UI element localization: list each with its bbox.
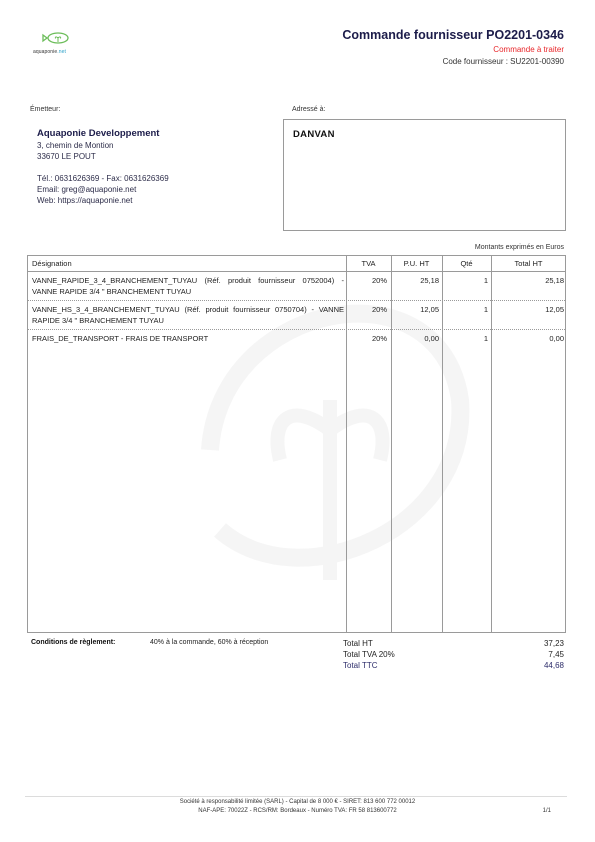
footer-legal-line-2: NAF-APE: 70022Z - RCS/RM: Bordeaux - Num… xyxy=(0,808,595,814)
total-ht-label: Total HT xyxy=(343,639,373,648)
row-quantity: 1 xyxy=(442,305,488,316)
table-row: FRAIS_DE_TRANSPORT - FRAIS DE TRANSPORT … xyxy=(28,330,565,348)
total-ttc-label: Total TTC xyxy=(343,661,378,670)
footer-divider xyxy=(25,796,567,797)
row-designation: FRAIS_DE_TRANSPORT - FRAIS DE TRANSPORT xyxy=(32,334,344,345)
logo-text: aquaponie.net xyxy=(33,49,66,55)
recipient-label: Adressé à: xyxy=(292,106,325,113)
payment-conditions-label: Conditions de règlement: xyxy=(31,639,115,646)
sender-block: Aquaponie Developpement 3, chemin de Mon… xyxy=(37,128,277,206)
total-ht-value: 37,23 xyxy=(544,639,564,648)
total-tva-value: 7,45 xyxy=(548,650,564,659)
recipient-name: DANVAN xyxy=(293,129,335,140)
row-tva: 20% xyxy=(346,276,387,287)
header-unit-price: P.U. HT xyxy=(391,259,442,268)
row-unit-price: 0,00 xyxy=(391,334,439,345)
header-total-ht: Total HT xyxy=(491,259,566,268)
row-total-ht: 0,00 xyxy=(491,334,564,345)
header-quantity: Qté xyxy=(442,259,491,268)
sender-address-line: 33670 LE POUT xyxy=(37,151,277,162)
document-title: Commande fournisseur PO2201-0346 xyxy=(342,28,564,42)
sender-web: Web: https://aquaponie.net xyxy=(37,195,277,206)
row-tva: 20% xyxy=(346,334,387,345)
sender-address-line: 3, chemin de Montion xyxy=(37,140,277,151)
payment-conditions-value: 40% à la commande, 60% à réception xyxy=(150,639,268,646)
row-total-ht: 25,18 xyxy=(491,276,564,287)
row-quantity: 1 xyxy=(442,334,488,345)
footer-legal-line-1: Société à responsabilité limitée (SARL) … xyxy=(0,799,595,805)
order-lines-table: Désignation TVA P.U. HT Qté Total HT VAN… xyxy=(27,255,566,633)
row-tva: 20% xyxy=(346,305,387,316)
total-ttc-value: 44,68 xyxy=(544,661,564,670)
sender-name: Aquaponie Developpement xyxy=(37,128,277,139)
table-header: Désignation TVA P.U. HT Qté Total HT xyxy=(28,256,565,272)
table-row: VANNE_RAPIDE_3_4_BRANCHEMENT_TUYAU (Réf.… xyxy=(28,272,565,301)
order-status: Commande à traiter xyxy=(493,45,564,54)
header-tva: TVA xyxy=(346,259,391,268)
row-total-ht: 12,05 xyxy=(491,305,564,316)
currency-note: Montants exprimés en Euros xyxy=(475,244,564,251)
row-quantity: 1 xyxy=(442,276,488,287)
sender-label: Émetteur: xyxy=(30,106,60,113)
row-designation: VANNE_RAPIDE_3_4_BRANCHEMENT_TUYAU (Réf.… xyxy=(32,276,344,297)
table-row: VANNE_HS_3_4_BRANCHEMENT_TUYAU (Réf. pro… xyxy=(28,301,565,330)
recipient-block: DANVAN xyxy=(283,119,566,231)
page-number: 1/1 xyxy=(543,808,551,814)
row-unit-price: 12,05 xyxy=(391,305,439,316)
total-tva-label: Total TVA 20% xyxy=(343,650,395,659)
sender-email: Email: greg@aquaponie.net xyxy=(37,184,277,195)
row-designation: VANNE_HS_3_4_BRANCHEMENT_TUYAU (Réf. pro… xyxy=(32,305,344,326)
row-unit-price: 25,18 xyxy=(391,276,439,287)
header-designation: Désignation xyxy=(32,259,72,268)
sender-phone-fax: Tél.: 0631626369 - Fax: 0631626369 xyxy=(37,173,277,184)
fish-logo-icon xyxy=(30,30,90,50)
company-logo: aquaponie.net xyxy=(30,30,90,55)
supplier-code: Code fournisseur : SU2201-00390 xyxy=(443,57,564,66)
